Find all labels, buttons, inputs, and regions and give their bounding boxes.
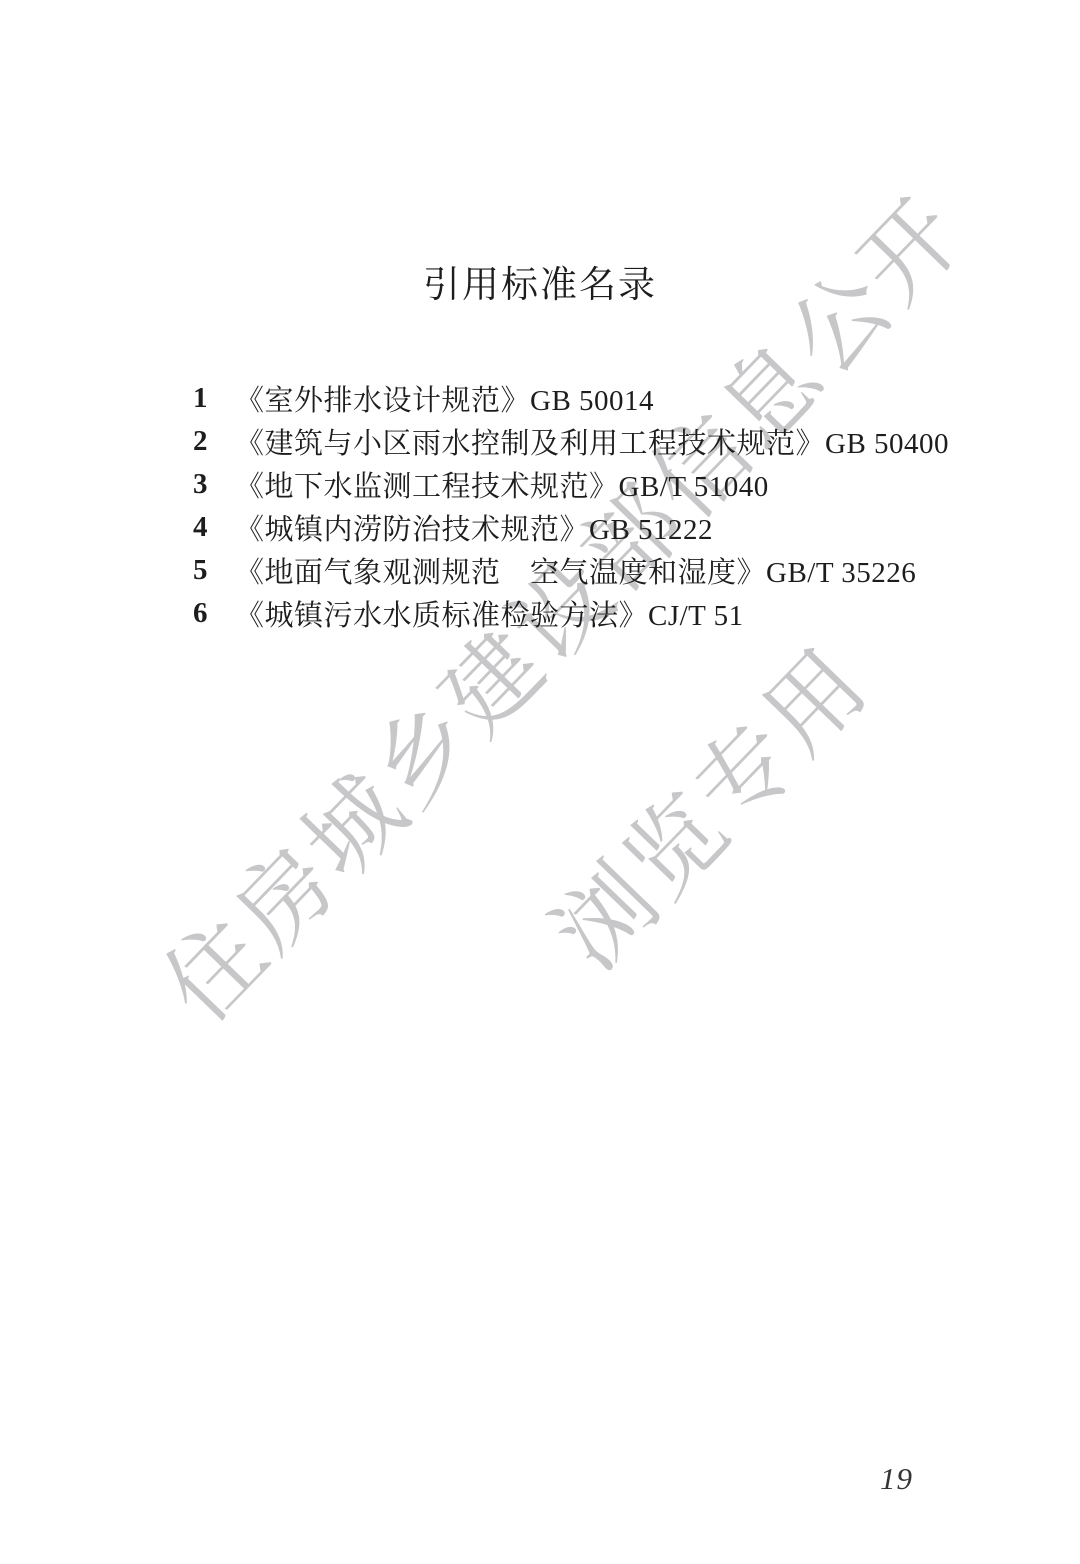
standards-list: 1 《室外排水设计规范》GB 50014 2 《建筑与小区雨水控制及利用工程技术…: [190, 377, 990, 635]
standard-number: 3: [190, 468, 235, 501]
standard-text: 《室外排水设计规范》GB 50014: [235, 378, 654, 419]
standard-number: 1: [190, 382, 235, 415]
standard-number: 6: [190, 597, 235, 630]
standard-item: 6 《城镇污水水质标准检验方法》CJ/T 51: [190, 592, 990, 635]
standard-text: 《地面气象观测规范 空气温度和湿度》GB/T 35226: [235, 550, 916, 591]
document-page: 引用标准名录 1 《室外排水设计规范》GB 50014 2 《建筑与小区雨水控制…: [0, 0, 1080, 1564]
page-title: 引用标准名录: [0, 264, 1080, 308]
standard-item: 5 《地面气象观测规范 空气温度和湿度》GB/T 35226: [190, 549, 990, 592]
standard-item: 2 《建筑与小区雨水控制及利用工程技术规范》GB 50400: [190, 420, 990, 463]
standard-number: 5: [190, 554, 235, 587]
standard-item: 1 《室外排水设计规范》GB 50014: [190, 377, 990, 420]
standard-number: 2: [190, 425, 235, 458]
standard-item: 3 《地下水监测工程技术规范》GB/T 51040: [190, 463, 990, 506]
standard-text: 《建筑与小区雨水控制及利用工程技术规范》GB 50400: [235, 421, 949, 462]
standard-text: 《地下水监测工程技术规范》GB/T 51040: [235, 464, 769, 505]
standard-text: 《城镇内涝防治技术规范》GB 51222: [235, 507, 713, 548]
standard-text: 《城镇污水水质标准检验方法》CJ/T 51: [235, 593, 744, 634]
standard-item: 4 《城镇内涝防治技术规范》GB 51222: [190, 506, 990, 549]
standard-number: 4: [190, 511, 235, 544]
page-number: 19: [880, 1461, 913, 1497]
